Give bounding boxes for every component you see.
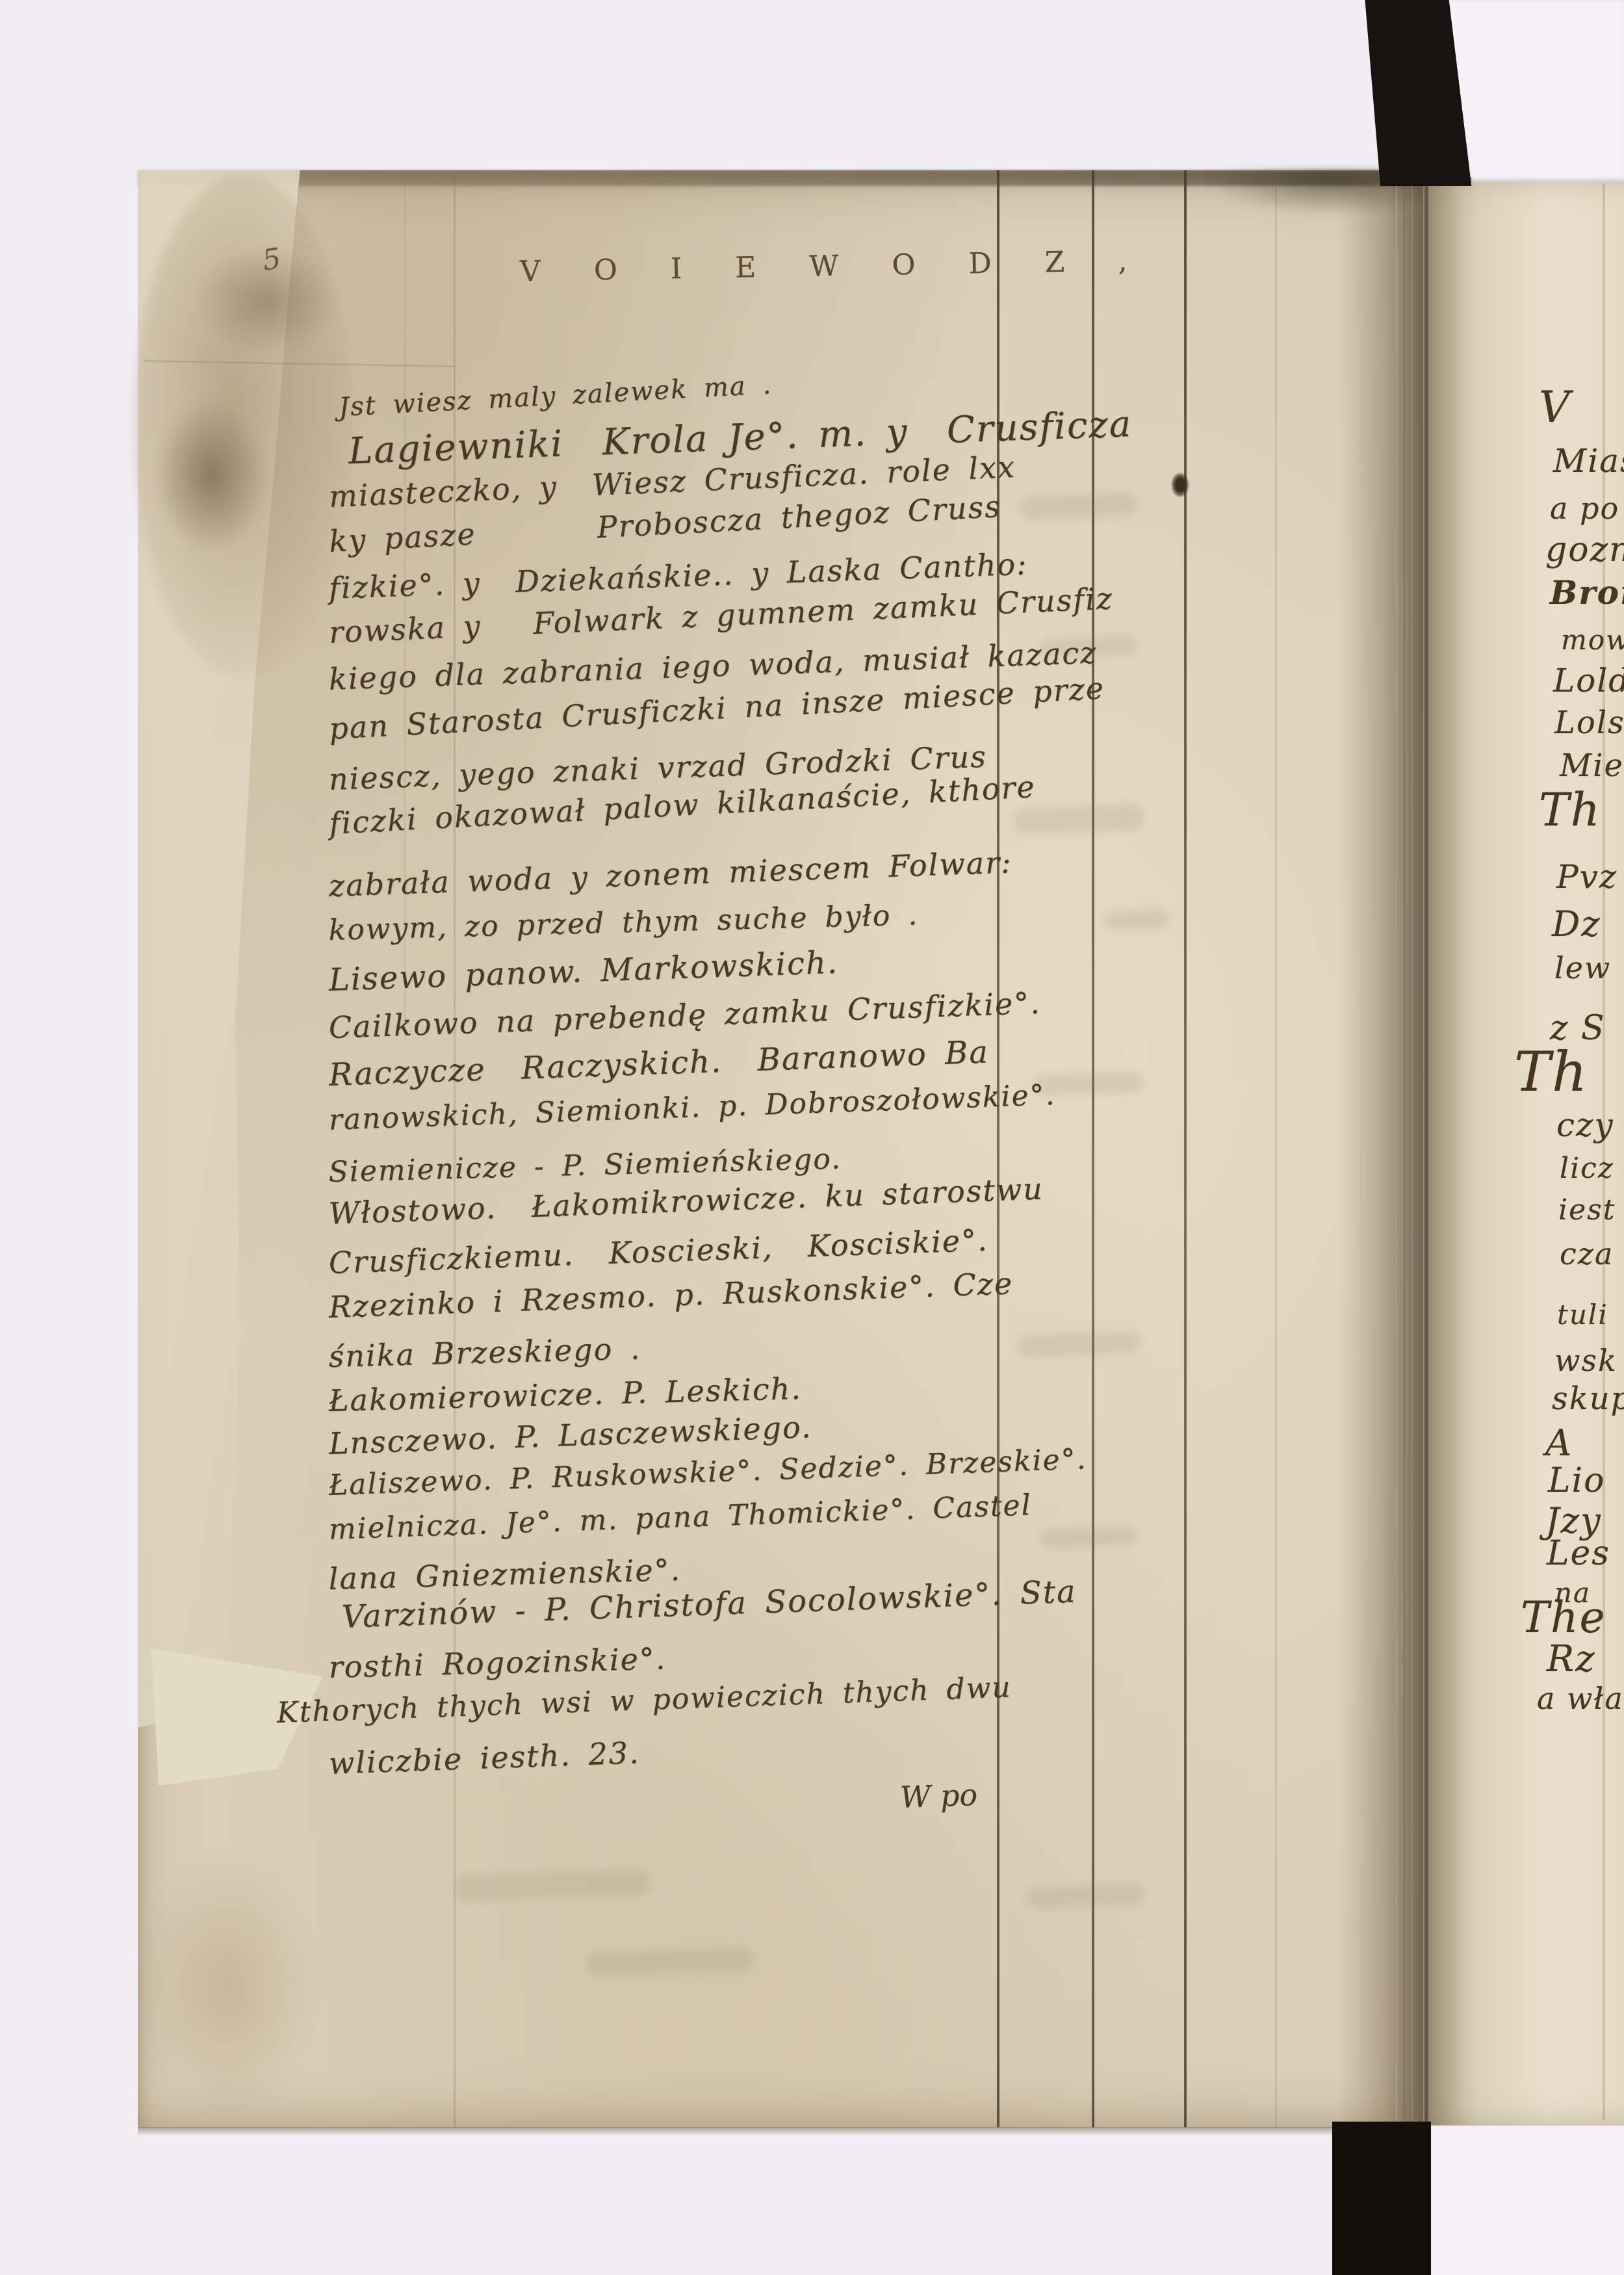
right-page-line: Mias	[1553, 442, 1624, 480]
right-page-line: mow	[1561, 624, 1624, 656]
ruled-line	[1184, 170, 1187, 2128]
right-page-line: Dz	[1552, 903, 1601, 944]
manuscript-scan: V O I E W O D Z , 5 Jst wiesz maly zalew…	[0, 0, 1624, 2275]
crease	[404, 175, 406, 1040]
ghost-text-smudge	[1020, 492, 1137, 519]
catchword: W po	[899, 1777, 978, 1815]
backing-sheet-bottom	[1431, 2127, 1624, 2275]
stain	[156, 401, 266, 551]
right-page-line: Th	[1539, 783, 1601, 837]
right-page-line: tuli	[1557, 1299, 1608, 1331]
right-page-line: Mie	[1560, 747, 1624, 784]
right-page-line: a wła	[1537, 1681, 1624, 1716]
right-page-line: lew	[1554, 950, 1611, 985]
page-bottom-shadow	[138, 2127, 1431, 2136]
right-page-line: V	[1539, 382, 1571, 432]
right-page-line: iest	[1558, 1193, 1616, 1227]
right-page-line: Bron	[1550, 573, 1624, 612]
right-page-line: Les	[1547, 1534, 1610, 1573]
right-page-line: Pvz	[1556, 858, 1618, 896]
crease	[1275, 175, 1277, 2128]
right-page-line: Lols	[1554, 705, 1624, 741]
ghost-text-smudge	[1026, 1883, 1144, 1909]
ghost-text-smudge	[1040, 1526, 1138, 1548]
right-page-line: The	[1521, 1592, 1606, 1643]
right-page-line: Rz	[1547, 1638, 1596, 1680]
right-page-line: cza	[1560, 1236, 1614, 1271]
right-page-line: a po	[1550, 491, 1619, 526]
ruled-line	[1092, 170, 1094, 2128]
ghost-text-smudge	[1105, 909, 1170, 930]
right-page-line: A	[1545, 1422, 1573, 1464]
right-page-line: Th	[1514, 1040, 1588, 1104]
right-page-line: Lold	[1553, 662, 1624, 699]
gutter-shadow	[1337, 170, 1428, 2128]
ghost-text-smudge	[1013, 804, 1144, 835]
backing-sheet-top	[1444, 0, 1624, 182]
binding-strip-bottom	[1332, 2122, 1431, 2275]
ghost-text-smudge	[1016, 1331, 1141, 1358]
ink-blot	[1172, 473, 1189, 497]
right-page-line: licz	[1560, 1152, 1614, 1185]
stain	[138, 1854, 313, 2120]
right-page-line: czy	[1556, 1106, 1614, 1144]
right-page-line: gozn	[1545, 530, 1624, 569]
right-page-line: Lio	[1548, 1461, 1605, 1500]
right-page-line: wsk	[1554, 1343, 1618, 1378]
right-page-line: skup	[1552, 1381, 1624, 1417]
